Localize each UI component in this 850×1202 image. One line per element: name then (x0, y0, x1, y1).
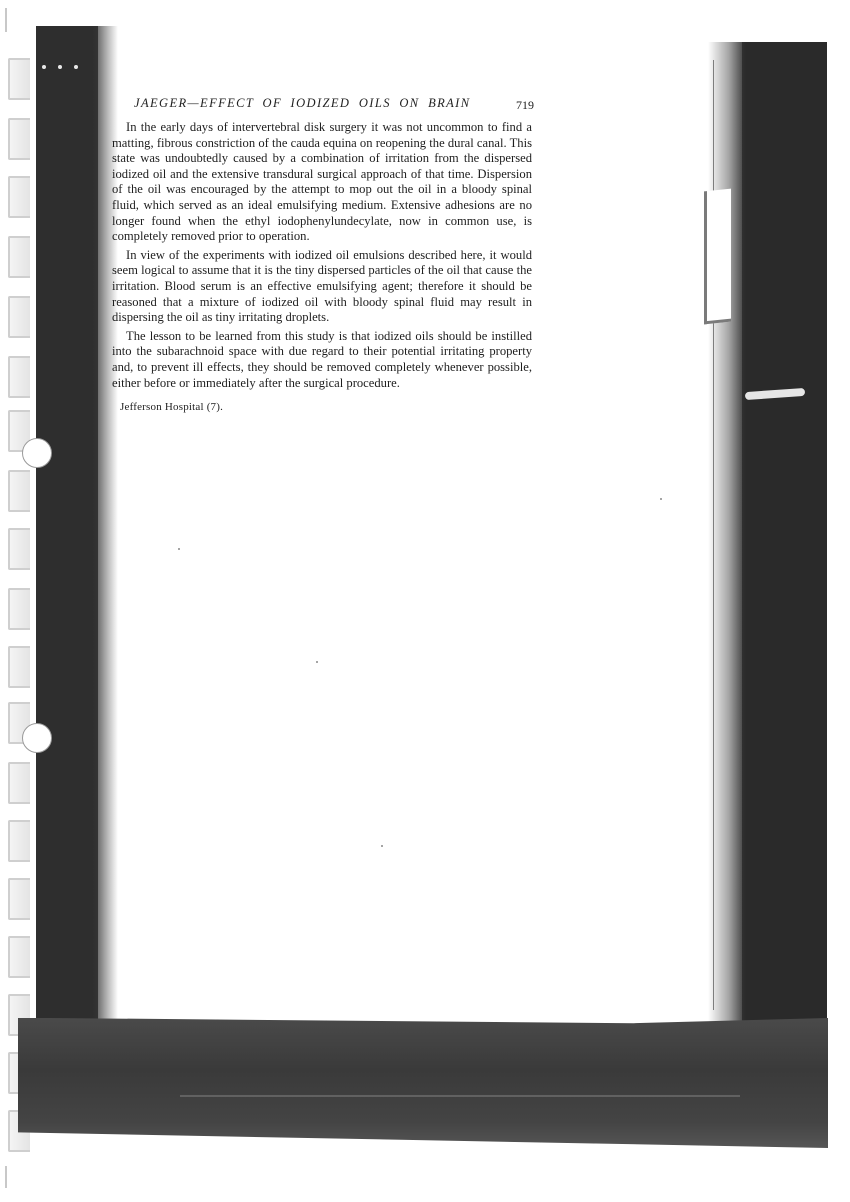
binder-tab (8, 528, 30, 570)
binder-tab (8, 470, 30, 512)
running-title: JAEGER—EFFECT OF IODIZED OILS ON BRAIN (134, 96, 470, 111)
scanned-page: JAEGER—EFFECT OF IODIZED OILS ON BRAIN 7… (0, 0, 850, 1202)
binder-tab (8, 58, 30, 100)
binder-tab (8, 588, 30, 630)
binder-tab (8, 820, 30, 862)
institution-signoff: Jefferson Hospital (7). (120, 401, 532, 413)
scan-streak (180, 1095, 740, 1097)
binder-tab (8, 236, 30, 278)
scan-speck (660, 498, 662, 500)
binder-dots (42, 56, 102, 62)
binder-tab (8, 176, 30, 218)
paragraph: In view of the experiments with iodized … (112, 248, 532, 326)
scan-shadow-left (36, 26, 98, 1106)
scan-shadow-right (742, 42, 827, 1042)
scan-speck (316, 661, 318, 663)
running-head: JAEGER—EFFECT OF IODIZED OILS ON BRAIN 7… (112, 96, 532, 116)
punch-hole (22, 723, 52, 753)
binder-tab (8, 296, 30, 338)
paragraph: The lesson to be learned from this study… (112, 329, 532, 391)
binder-tab (8, 646, 30, 688)
document-page: JAEGER—EFFECT OF IODIZED OILS ON BRAIN 7… (112, 96, 532, 413)
scan-speck (381, 845, 383, 847)
binder-tab (8, 118, 30, 160)
binder-edge-line (5, 1166, 7, 1188)
binder-tab (8, 936, 30, 978)
page-number: 719 (516, 98, 534, 113)
binder-tab (8, 762, 30, 804)
page-fold (704, 189, 731, 325)
scan-speck (178, 548, 180, 550)
binder-edge-line (5, 8, 7, 32)
scan-shadow-bottom (18, 1018, 828, 1148)
binder-tab (8, 356, 30, 398)
paragraph: In the early days of intervertebral disk… (112, 120, 532, 245)
binder-tab (8, 878, 30, 920)
punch-hole (22, 438, 52, 468)
